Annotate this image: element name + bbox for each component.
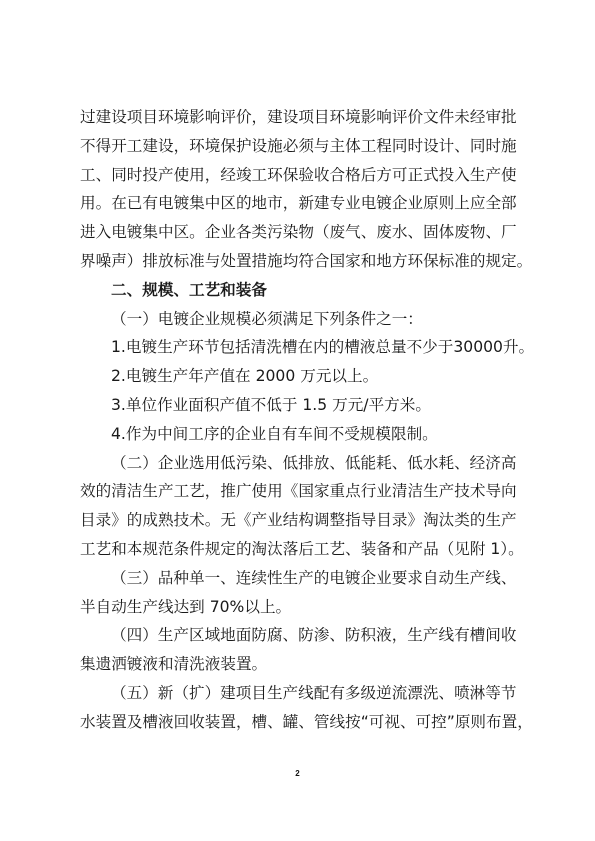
list-item: 3.单位作业面积产值不低于 1.5 万元/平方米。 xyxy=(80,391,524,420)
paragraph-line: 工、同时投产使用，经竣工环保验收合格后方可正式投入生产使 xyxy=(80,161,524,190)
paragraph-line: 工艺和本规范条件规定的淘汰落后工艺、装备和产品（见附 1）。 xyxy=(80,535,524,564)
paragraph-line: 目录》的成熟技术。无《产业结构调整指导目录》淘汰类的生产 xyxy=(80,506,524,535)
paragraph-line: 界噪声）排放标准与处置措施均符合国家和地方环保标准的规定。 xyxy=(80,247,524,276)
paragraph-line: 效的清洁生产工艺，推广使用《国家重点行业清洁生产技术导向 xyxy=(80,477,524,506)
page-number: 2 xyxy=(0,769,595,778)
list-item: 4.作为中间工序的企业自有车间不受规模限制。 xyxy=(80,420,524,449)
paragraph-line: 进入电镀集中区。企业各类污染物（废气、废水、固体废物、厂 xyxy=(80,218,524,247)
section-heading: 二、规模、工艺和装备 xyxy=(80,276,524,305)
paragraph-line: （五）新（扩）建项目生产线配有多级逆流漂洗、喷淋等节 xyxy=(80,679,524,708)
paragraph-line: （二）企业选用低污染、低排放、低能耗、低水耗、经济高 xyxy=(80,449,524,478)
paragraph-line: （四）生产区域地面防腐、防渗、防积液，生产线有槽间收 xyxy=(80,621,524,650)
paragraph-line: 用。在已有电镀集中区的地市，新建专业电镀企业原则上应全部 xyxy=(80,189,524,218)
paragraph-line: 集遗洒镀液和清洗液装置。 xyxy=(80,650,524,679)
paragraph-line: 半自动生产线达到 70%以上。 xyxy=(80,593,524,622)
body-text: 过建设项目环境影响评价，建设项目环境影响评价文件未经审批 不得开工建设，环境保护… xyxy=(80,103,524,737)
paragraph-line: 过建设项目环境影响评价，建设项目环境影响评价文件未经审批 xyxy=(80,103,524,132)
document-page: 过建设项目环境影响评价，建设项目环境影响评价文件未经审批 不得开工建设，环境保护… xyxy=(0,0,595,841)
paragraph-line: （三）品种单一、连续性生产的电镀企业要求自动生产线、 xyxy=(80,564,524,593)
list-item: 1.电镀生产环节包括清洗槽在内的槽液总量不少于30000升。 xyxy=(80,333,524,362)
paragraph-line: 不得开工建设，环境保护设施必须与主体工程同时设计、同时施 xyxy=(80,132,524,161)
list-item: 2.电镀生产年产值在 2000 万元以上。 xyxy=(80,362,524,391)
paragraph-line: 水装置及槽液回收装置，槽、罐、管线按“可视、可控”原则布置， xyxy=(80,708,524,737)
subsection-heading: （一）电镀企业规模必须满足下列条件之一： xyxy=(80,305,524,334)
